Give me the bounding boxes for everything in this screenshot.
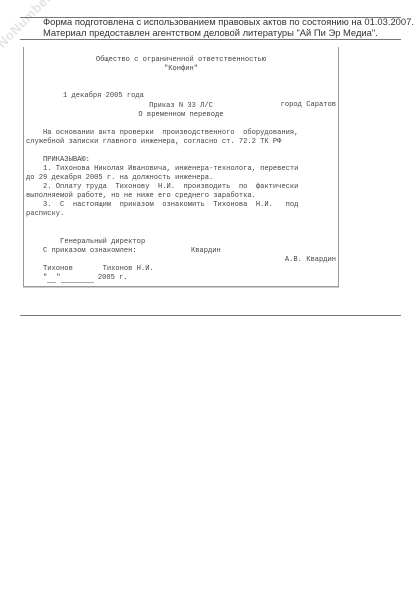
organization-name: Общество с ограниченной ответственностью [26,56,336,65]
order-number: Приказ N 33 Л/С [26,102,336,111]
acknowledgement-label: С приказом ознакомлен: [26,247,336,256]
organization-brand: "Конфин" [26,65,336,74]
order-item-3-line2: расписку. [26,210,336,219]
date-year: 2005 г. [94,274,128,282]
order-subject: О временном переводе [26,111,336,120]
acknowledgement-date-row: "" 2005 г. [26,274,336,283]
month-blank [61,275,94,283]
order-item-2-line2: выполняемой работе, но не ниже его средн… [26,192,336,201]
order-item-1-line1: 1. Тихонова Николая Ивановича, инженера-… [26,165,336,174]
order-date: 1 декабря 2005 года [43,92,144,100]
source-notice-line2: Материал предоставлен агентством деловой… [43,27,414,38]
order-heading: ПРИКАЗЫВАЮ: [26,156,336,165]
order-item-3-line1: 3. С настоящим приказом ознакомить Тихон… [26,201,336,210]
source-notice-line1: Форма подготовлена с использованием прав… [43,16,414,27]
source-notice: Форма подготовлена с использованием прав… [43,16,414,38]
date-quote-open: " [26,274,47,282]
order-item-2-line1: 2. Оплату труда Тихонову Н.И. производит… [26,183,336,192]
director-name: А.В. Квардин [285,256,336,265]
header-bottom-rule [20,39,401,40]
director-title: Генеральный директор [43,238,145,246]
basis-text-line2: служебной записки главного инженера, сог… [26,138,336,147]
order-item-1-line2: до 29 декабря 2005 г. на должность инжен… [26,174,336,183]
employee-signature-row: Тихонов Тихонов Н.И. [26,265,336,274]
basis-text-line1: На основании акта проверки производствен… [26,129,336,138]
document-bottom-rule [20,315,401,316]
order-document: Общество с ограниченной ответственностью… [23,47,339,287]
day-blank [47,275,56,283]
